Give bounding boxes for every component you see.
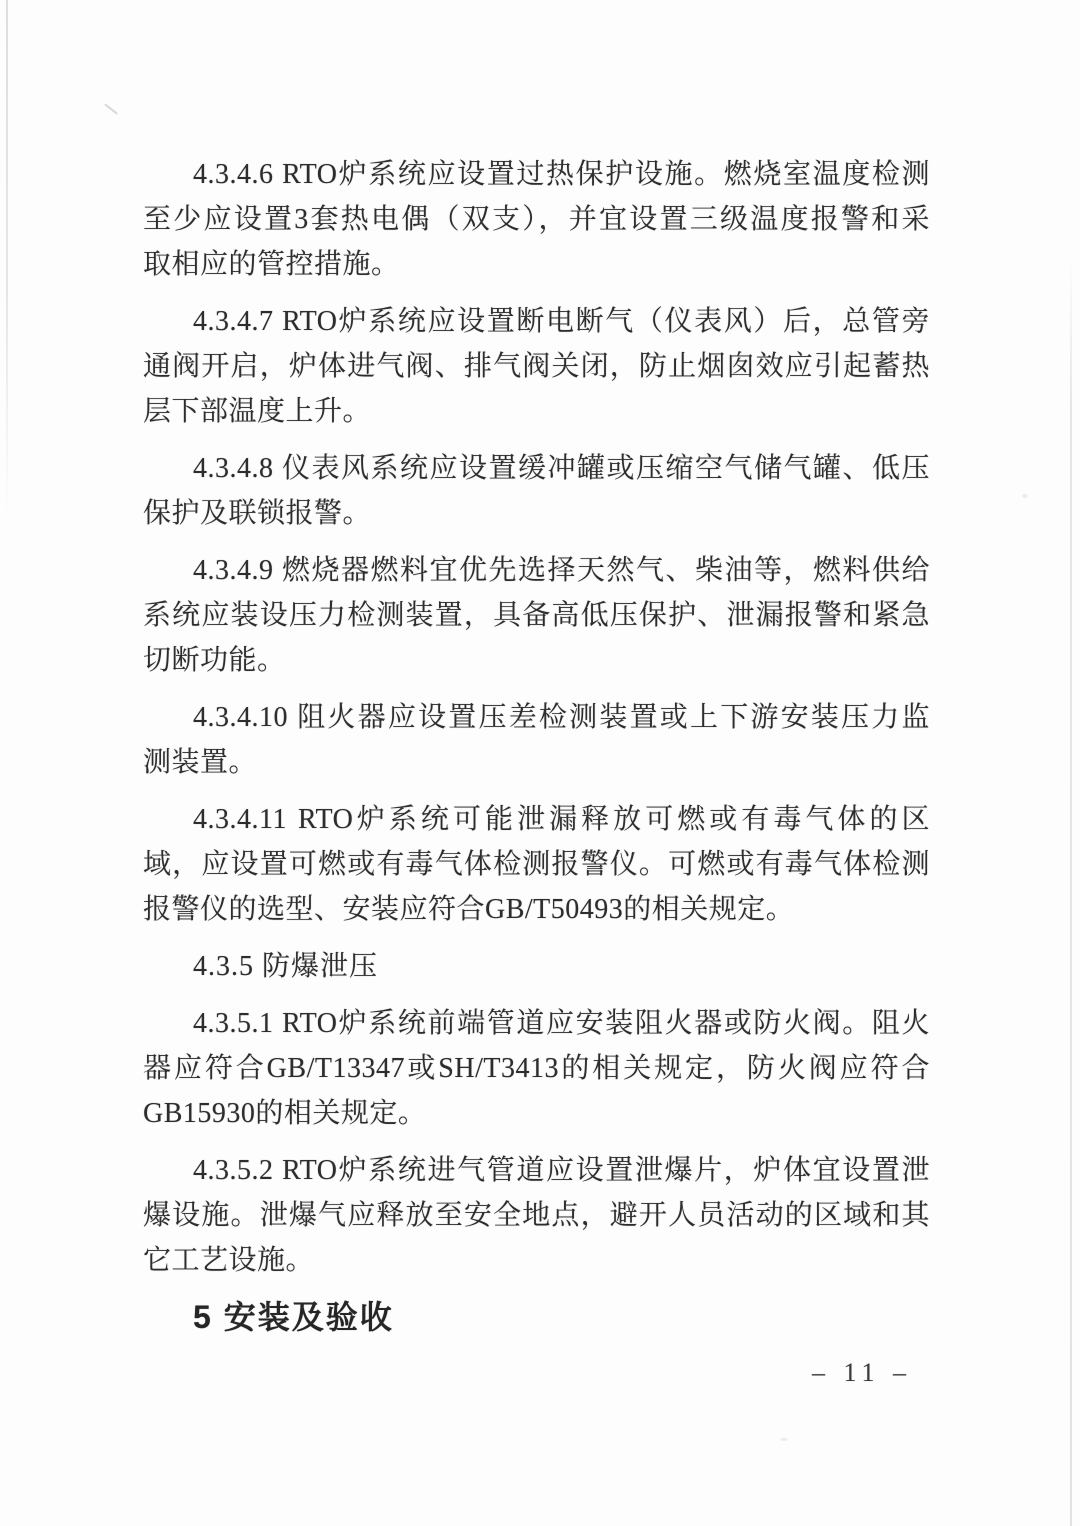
text-line: 系统应装设压力检测装置，具备高低压保护、泄漏报警和紧急 bbox=[143, 593, 930, 638]
text-line: 至少应设置3套热电偶（双支），并宜设置三级温度报警和采 bbox=[143, 197, 930, 242]
text-line: 取相应的管控措施。 bbox=[143, 242, 930, 287]
clause-paragraph-4-3-5-2: 4.3.5.2 RTO炉系统进气管道应设置泄爆片，炉体宜设置泄 爆设施。泄爆气应… bbox=[143, 1148, 930, 1283]
text-line: 保护及联锁报警。 bbox=[143, 491, 930, 536]
text-line: 它工艺设施。 bbox=[143, 1238, 930, 1283]
scan-artifact-right-line bbox=[1070, 255, 1072, 1526]
text-line: 4.3.4.10 阻火器应设置压差检测装置或上下游安装压力监 bbox=[143, 695, 930, 740]
text-line: 4.3.5.2 RTO炉系统进气管道应设置泄爆片，炉体宜设置泄 bbox=[143, 1148, 930, 1193]
scan-artifact-smudge bbox=[104, 103, 118, 114]
text-line: 4.3.4.7 RTO炉系统应设置断电断气（仪表风）后，总管旁 bbox=[143, 299, 930, 344]
text-line: 切断功能。 bbox=[143, 638, 930, 683]
clause-paragraph-4-3-4-9: 4.3.4.9 燃烧器燃料宜优先选择天然气、柴油等，燃料供给 系统应装设压力检测… bbox=[143, 548, 930, 683]
clause-paragraph-4-3-4-7: 4.3.4.7 RTO炉系统应设置断电断气（仪表风）后，总管旁 通阀开启，炉体进… bbox=[143, 299, 930, 434]
text-line: 通阀开启，炉体进气阀、排气阀关闭，防止烟囱效应引起蓄热 bbox=[143, 344, 930, 389]
section-heading-4-3-5: 4.3.5 防爆泄压 bbox=[143, 944, 930, 989]
text-line: 4.3.4.11 RTO炉系统可能泄漏释放可燃或有毒气体的区 bbox=[143, 797, 930, 842]
document-body: 4.3.4.6 RTO炉系统应设置过热保护设施。燃烧室温度检测 至少应设置3套热… bbox=[143, 152, 930, 1340]
clause-paragraph-4-3-5-1: 4.3.5.1 RTO炉系统前端管道应安装阻火器或防火阀。阻火 器应符合GB/T… bbox=[143, 1001, 930, 1136]
text-line: 4.3.4.8 仪表风系统应设置缓冲罐或压缩空气储气罐、低压 bbox=[143, 446, 930, 491]
text-line: 层下部温度上升。 bbox=[143, 389, 930, 434]
text-line: 4.3.4.6 RTO炉系统应设置过热保护设施。燃烧室温度检测 bbox=[143, 152, 930, 197]
text-line: 爆设施。泄爆气应释放至安全地点，避开人员活动的区域和其 bbox=[143, 1193, 930, 1238]
scan-artifact-speck bbox=[1022, 494, 1028, 498]
clause-paragraph-4-3-4-11: 4.3.4.11 RTO炉系统可能泄漏释放可燃或有毒气体的区 域，应设置可燃或有… bbox=[143, 797, 930, 932]
scan-artifact-left-line bbox=[6, 0, 8, 520]
clause-paragraph-4-3-4-6: 4.3.4.6 RTO炉系统应设置过热保护设施。燃烧室温度检测 至少应设置3套热… bbox=[143, 152, 930, 287]
text-line: 域，应设置可燃或有毒气体检测报警仪。可燃或有毒气体检测 bbox=[143, 842, 930, 887]
document-page: 4.3.4.6 RTO炉系统应设置过热保护设施。燃烧室温度检测 至少应设置3套热… bbox=[0, 0, 1080, 1526]
text-line: 测装置。 bbox=[143, 740, 930, 785]
text-line: 4.3.5.1 RTO炉系统前端管道应安装阻火器或防火阀。阻火 bbox=[143, 1001, 930, 1046]
text-line: GB15930的相关规定。 bbox=[143, 1091, 930, 1136]
clause-paragraph-4-3-4-10: 4.3.4.10 阻火器应设置压差检测装置或上下游安装压力监 测装置。 bbox=[143, 695, 930, 785]
text-line: 报警仪的选型、安装应符合GB/T50493的相关规定。 bbox=[143, 887, 930, 932]
chapter-heading-5: 5 安装及验收 bbox=[143, 1295, 930, 1340]
text-line: 器应符合GB/T13347或SH/T3413的相关规定，防火阀应符合 bbox=[143, 1046, 930, 1091]
page-number: – 11 – bbox=[812, 1358, 912, 1388]
text-line: 4.3.4.9 燃烧器燃料宜优先选择天然气、柴油等，燃料供给 bbox=[143, 548, 930, 593]
scan-artifact-speck bbox=[780, 1438, 788, 1441]
clause-paragraph-4-3-4-8: 4.3.4.8 仪表风系统应设置缓冲罐或压缩空气储气罐、低压 保护及联锁报警。 bbox=[143, 446, 930, 536]
